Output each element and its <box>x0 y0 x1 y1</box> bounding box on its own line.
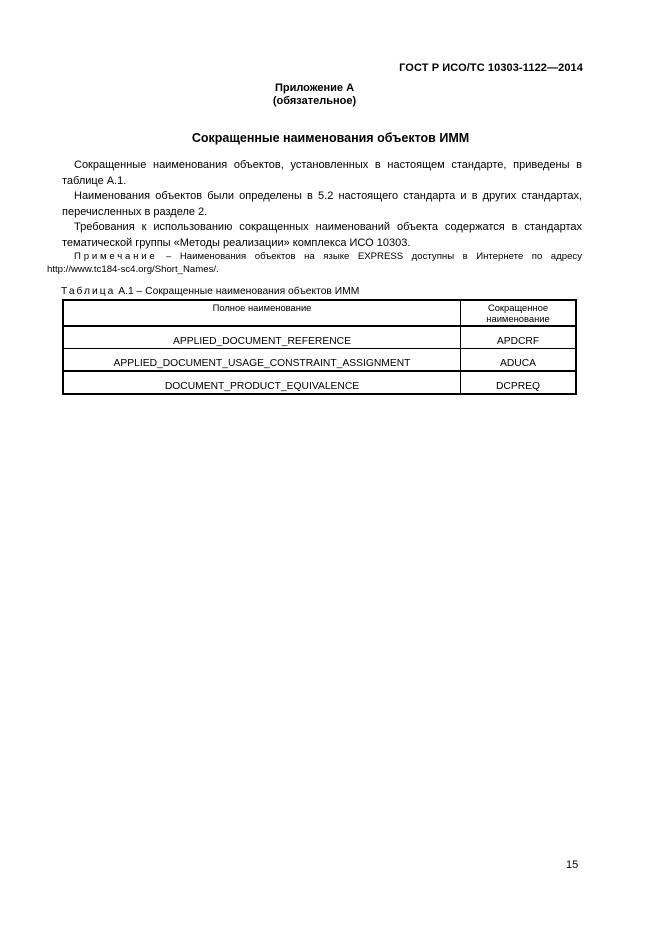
page-number: 15 <box>566 859 578 871</box>
paragraph: Требования к использованию сокращенных н… <box>62 220 582 251</box>
full-name-cell: DOCUMENT_PRODUCT_EQUIVALENCE <box>63 371 461 394</box>
annex-heading: Приложение А (обязательное) <box>0 82 629 108</box>
short-name-cell: DCPREQ <box>461 371 577 394</box>
table-row: DOCUMENT_PRODUCT_EQUIVALENCE DCPREQ <box>63 371 576 394</box>
table-caption-label: Таблица <box>61 286 115 297</box>
paragraph: Наименования объектов были определены в … <box>62 189 582 220</box>
short-name-cell: ADUCA <box>461 349 577 372</box>
note: Примечание – Наименования объектов на яз… <box>47 250 582 276</box>
table-caption: Таблица А.1 – Сокращенные наименования о… <box>61 286 359 297</box>
short-names-table: Полное наименование Сокращенное наименов… <box>62 299 577 395</box>
standard-code-header: ГОСТ Р ИСО/ТС 10303-1122—2014 <box>399 62 583 74</box>
section-title: Сокращенные наименования объектов ИММ <box>0 131 661 145</box>
annex-status: (обязательное) <box>0 95 629 108</box>
table-header-row: Полное наименование Сокращенное наименов… <box>63 300 576 326</box>
short-name-cell: APDCRF <box>461 326 577 349</box>
note-label: Примечание <box>74 251 158 262</box>
full-name-cell: APPLIED_DOCUMENT_REFERENCE <box>63 326 461 349</box>
note-text: Примечание – Наименования объектов на яз… <box>47 250 582 276</box>
column-header-full-name: Полное наименование <box>63 300 461 326</box>
body-paragraphs: Сокращенные наименования объектов, устан… <box>62 158 582 251</box>
annex-title: Приложение А <box>0 82 629 95</box>
column-header-short-name: Сокращенное наименование <box>461 300 577 326</box>
table-row: APPLIED_DOCUMENT_REFERENCE APDCRF <box>63 326 576 349</box>
full-name-cell: APPLIED_DOCUMENT_USAGE_CONSTRAINT_ASSIGN… <box>63 349 461 372</box>
paragraph: Сокращенные наименования объектов, устан… <box>62 158 582 189</box>
table-row: APPLIED_DOCUMENT_USAGE_CONSTRAINT_ASSIGN… <box>63 349 576 372</box>
note-dash: – <box>158 251 180 262</box>
table-caption-text: А.1 – Сокращенные наименования объектов … <box>115 286 359 297</box>
